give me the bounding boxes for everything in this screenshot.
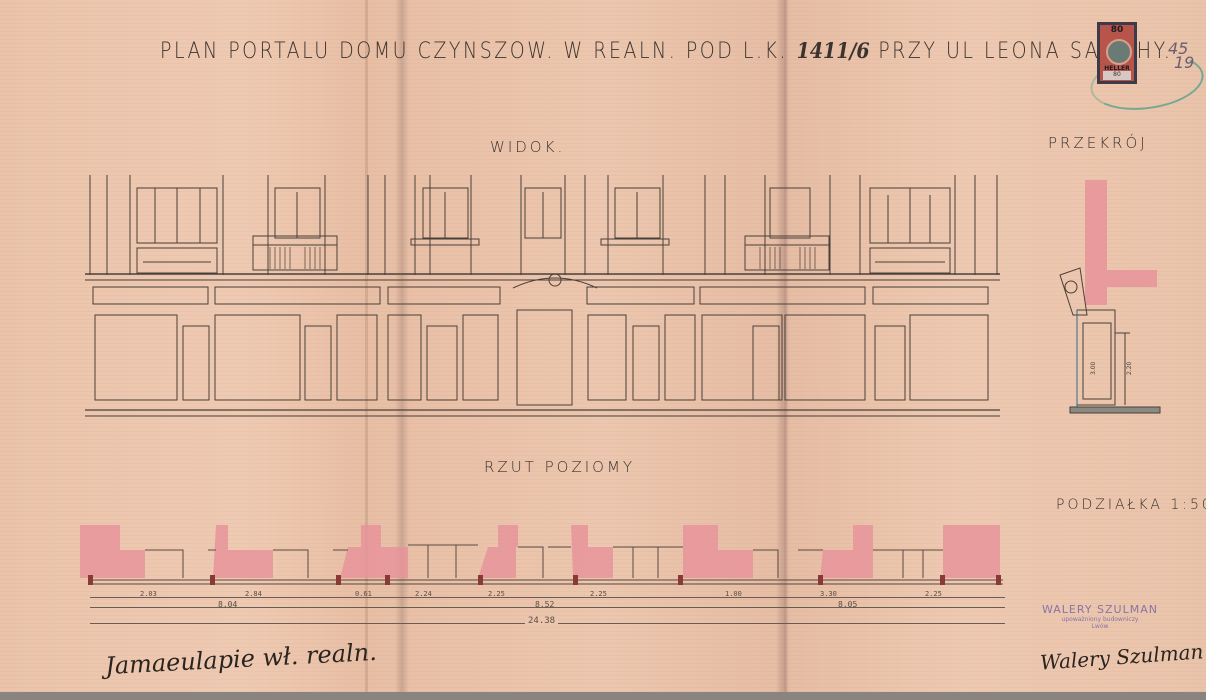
revenue-stamp: 80 HELLER 80 [1097,22,1137,84]
architect-stamp-name: WALERY SZULMAN [1030,603,1170,616]
pencil-note-line2: 19 [1168,56,1194,70]
lot-number: 1411/6 [797,38,870,63]
upper-windows [137,188,950,273]
dim-segment: 1.00 [725,590,742,598]
document-title: PLAN PORTALU DOMU CZYNSZOW. W REALN. POD… [160,38,1172,63]
dim-subtotal: 8.04 [218,600,237,609]
pencil-note: 45 19 [1168,42,1194,70]
plan-label: RZUT POZIOMY [484,458,635,476]
dim-segment: 2.25 [590,590,607,598]
architect-signature: Walery Szulman [1039,639,1204,674]
scan-bottom-edge [0,692,1206,700]
architect-stamp-city: Lwów [1030,623,1170,630]
dim-segment: 2.03 [140,590,157,598]
elevation-label: WIDOK. [490,138,565,156]
dim-segment: 2.84 [245,590,262,598]
dim-segment: 2.25 [925,590,942,598]
plan-drawing [78,520,1008,590]
stamp-value-bottom: 80 [1103,71,1131,80]
balconies [253,236,829,270]
stamp-portrait-icon [1106,39,1132,65]
architect-stamp: WALERY SZULMAN upoważniony budowniczy Lw… [1030,603,1170,630]
architect-stamp-title: upoważniony budowniczy [1030,616,1170,623]
wall-section-wash [1085,180,1157,305]
owner-signature: Jamaeulapie wł. realn. [104,638,377,680]
title-prefix: PLAN PORTALU DOMU CZYNSZOW. W REALN. POD… [160,38,788,63]
shopfront-panels [95,310,988,405]
wall-wash-fills [80,525,1000,578]
section-drawing: 3.00 2.20 [1055,175,1175,420]
section-label: PRZEKRÓJ [1048,134,1148,152]
elevation-drawing [85,170,1005,420]
dimension-line-segments [90,597,1005,598]
dim-segment: 2.25 [488,590,505,598]
section-side-height: 2.20 [1126,361,1133,375]
section-door-height: 3.00 [1090,361,1097,375]
stamp-value: 80 [1100,25,1134,35]
dim-subtotal: 8.05 [838,600,857,609]
dim-segment: 2.24 [415,590,432,598]
dim-total: 24.38 [525,616,558,626]
dim-subtotal: 8.52 [535,600,554,609]
shopfront-frieze [93,274,988,304]
dim-segment: 0.61 [355,590,372,598]
dim-segment: 3.30 [820,590,837,598]
blueprint-sheet: PLAN PORTALU DOMU CZYNSZOW. W REALN. POD… [0,0,1206,700]
scale-label: PODZIAŁKA 1:50. [1056,497,1206,513]
